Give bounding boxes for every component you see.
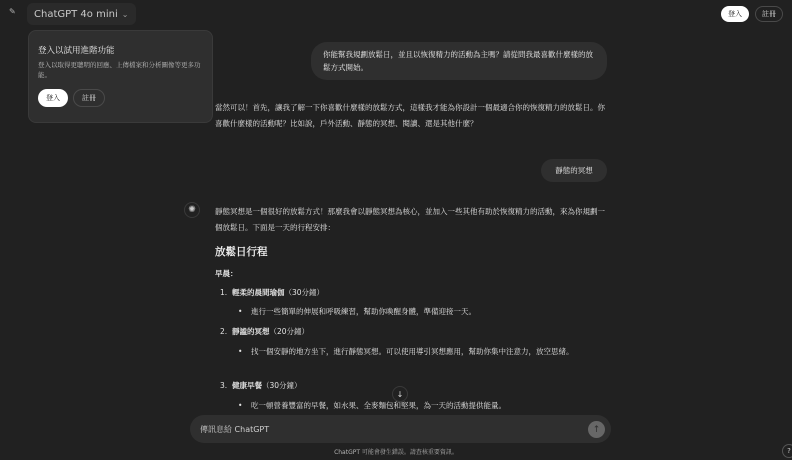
item-title-row: 輕柔的晨間瑜伽（30分鐘） [232, 285, 324, 301]
assistant-message: 當然可以！首先，讓我了解一下你喜歡什麼樣的放鬆方式，這樣我才能為你設計一個最適合… [215, 100, 610, 132]
bullet-text: 吃一頓營養豐富的早餐，如水果、全麥麵包和堅果，為一天的活動提供能量。 [251, 398, 611, 412]
popover-signup-button[interactable]: 註冊 [73, 89, 105, 107]
arrow-up-icon: ↑ [593, 425, 601, 435]
user-message: 靜態的冥想 [541, 159, 607, 182]
model-label: ChatGPT 4o mini [34, 9, 118, 20]
plan-heading: 放鬆日行程 [215, 244, 268, 259]
item-title: 健康早餐 [232, 381, 262, 390]
assistant-message: 靜態冥想是一個很好的放鬆方式！那麼我會以靜態冥想為核心，並加入一些其他有助於恢復… [215, 204, 610, 236]
item-number: 2. [220, 324, 227, 340]
item-title-row: 靜謐的冥想（20分鐘） [232, 324, 309, 340]
bullet-text: 進行一些簡單的伸展和呼吸練習，幫助你喚醒身體，準備迎接一天。 [251, 304, 611, 320]
popover-body: 登入以取得更聰明的回應、上傳檔案和分析圖像等更多功能。 [38, 60, 203, 80]
item-title: 輕柔的晨間瑜伽 [232, 288, 285, 297]
item-title-row: 健康早餐（30分鐘） [232, 378, 302, 394]
chevron-down-icon: ⌄ [122, 10, 129, 19]
item-duration: （20分鐘） [270, 327, 310, 336]
bullet-icon: • [238, 398, 242, 412]
message-input[interactable] [200, 421, 580, 437]
top-bar: ✎ ChatGPT 4o mini ⌄ 登入 註冊 [0, 0, 792, 28]
bullet-icon: • [238, 344, 242, 360]
help-button[interactable]: ? [782, 444, 792, 458]
chatgpt-logo-icon: ✺ [184, 202, 200, 218]
new-chat-icon[interactable]: ✎ [9, 7, 23, 21]
item-number: 1. [220, 285, 227, 301]
signup-button[interactable]: 註冊 [755, 6, 783, 22]
morning-heading: 早晨： [215, 268, 238, 279]
composer [190, 415, 611, 443]
user-message: 你能幫我規劃放鬆日，並且以恢復精力的活動為主嗎？請從問我最喜歡什麼樣的放鬆方式開… [311, 42, 607, 80]
item-title: 靜謐的冥想 [232, 327, 270, 336]
popover-title: 登入以試用進階功能 [38, 44, 203, 56]
item-duration: （30分鐘） [262, 381, 302, 390]
login-button[interactable]: 登入 [721, 6, 749, 22]
item-duration: （30分鐘） [285, 288, 325, 297]
arrow-down-icon: ↓ [397, 390, 404, 399]
login-popover: 登入以試用進階功能 登入以取得更聰明的回應、上傳檔案和分析圖像等更多功能。 登入… [28, 30, 213, 123]
bullet-icon: • [238, 304, 242, 320]
model-selector[interactable]: ChatGPT 4o mini ⌄ [27, 3, 136, 25]
item-number: 3. [220, 378, 227, 394]
send-button[interactable]: ↑ [588, 421, 605, 438]
bullet-text: 找一個安靜的地方坐下，進行靜態冥想。可以使用導引冥想應用，幫助你集中注意力，放空… [251, 344, 611, 360]
popover-actions: 登入 註冊 [38, 89, 203, 107]
popover-login-button[interactable]: 登入 [38, 89, 68, 107]
scroll-to-bottom-button[interactable]: ↓ [392, 386, 408, 402]
disclaimer: ChatGPT 可能會發生錯誤。請查核重要資訊。 [0, 447, 792, 456]
